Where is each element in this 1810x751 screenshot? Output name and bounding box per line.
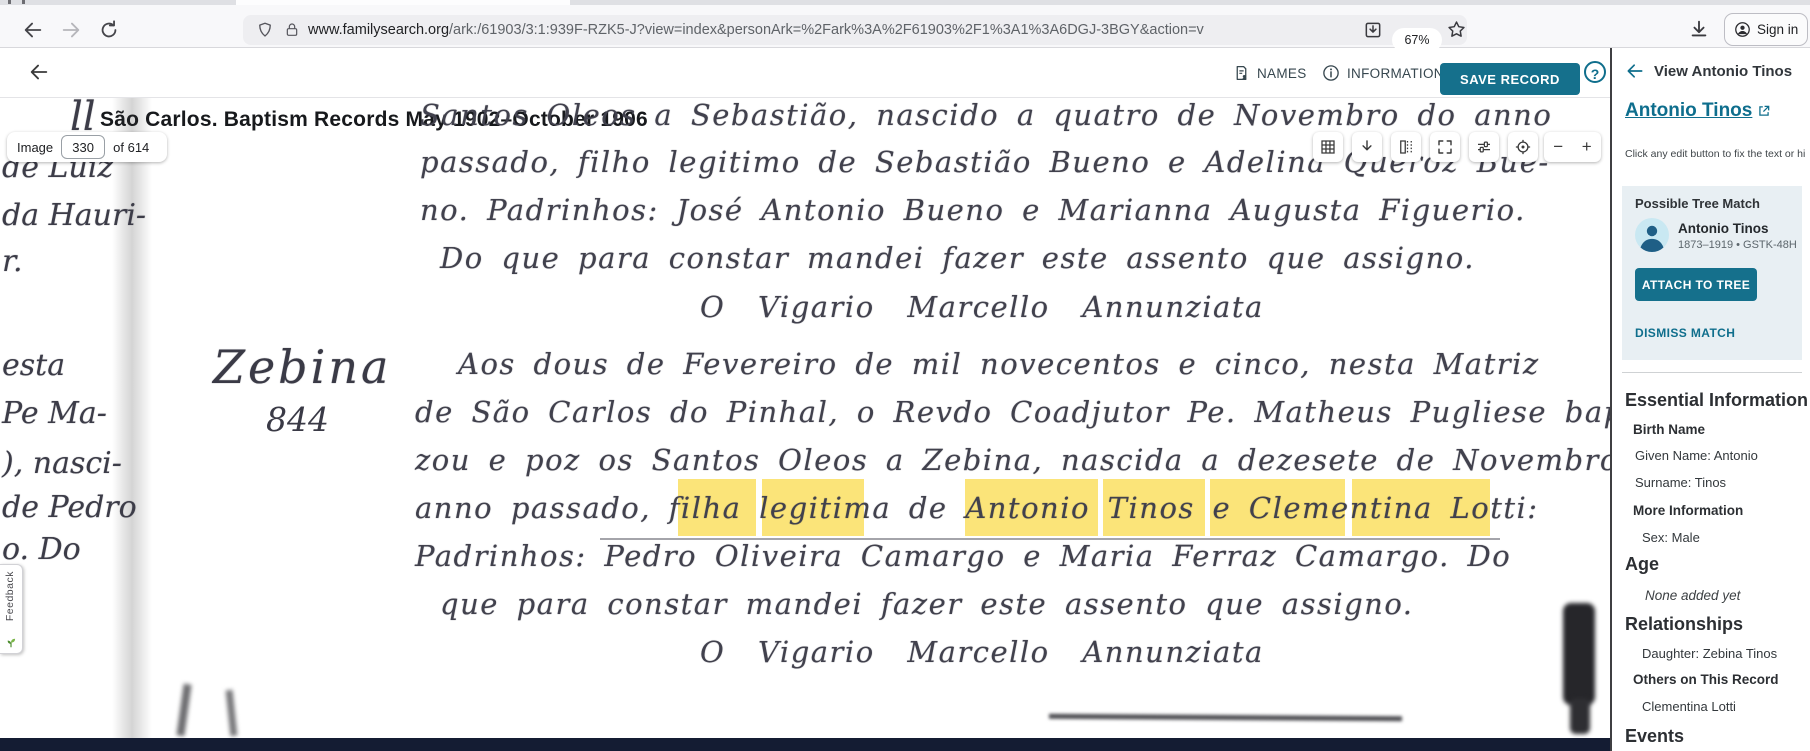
browser-toolbar: www.familysearch.org/ark:/61903/3:1:939F… bbox=[0, 5, 1810, 48]
scan-artifact bbox=[112, 98, 152, 751]
scan-line: Padrinhos: Pedro Oliveira Camargo e Mari… bbox=[415, 539, 1511, 573]
essential-information-heading: Essential Information bbox=[1625, 390, 1808, 411]
age-value: None added yet bbox=[1645, 588, 1740, 603]
image-counter-label: Image bbox=[17, 140, 53, 155]
sliders-icon bbox=[1475, 138, 1493, 156]
tree-match-card: Possible Tree Match Antonio Tinos 1873–1… bbox=[1622, 186, 1802, 360]
fullscreen-icon bbox=[1436, 138, 1454, 156]
familysearch-record-viewer: www.familysearch.org/ark:/61903/3:1:939F… bbox=[0, 0, 1810, 751]
zoom-controls: − + bbox=[1544, 132, 1601, 162]
help-icon[interactable]: ? bbox=[1584, 61, 1606, 83]
lock-icon[interactable] bbox=[284, 22, 300, 38]
scan-line: Aos dous de Fevereiro de mil novecentos … bbox=[458, 347, 1540, 381]
shield-icon[interactable] bbox=[256, 21, 274, 39]
edit-hint-text: Click any edit button to fix the text or… bbox=[1625, 148, 1807, 160]
given-name-value: Given Name: Antonio bbox=[1635, 448, 1758, 463]
image-number-input[interactable] bbox=[61, 135, 105, 159]
scan-line: O Vigario Marcello Annunziata bbox=[700, 290, 1264, 324]
scan-viewport[interactable]: ll de Luiz da Hauri- r. esta Pe Ma- ), n… bbox=[0, 98, 1610, 751]
panel-title: View Antonio Tinos bbox=[1654, 63, 1792, 80]
attach-to-tree-button[interactable]: ATTACH TO TREE bbox=[1635, 268, 1757, 301]
url-bar[interactable]: www.familysearch.org/ark:/61903/3:1:939F… bbox=[243, 15, 1467, 45]
scan-artifact bbox=[226, 690, 238, 736]
save-page-icon[interactable] bbox=[1363, 20, 1383, 40]
scan-fragment: de Pedro bbox=[2, 490, 137, 525]
scan-line: que para constar mandei fazer este assen… bbox=[440, 587, 1414, 621]
scan-line: Santos Oleos a Sebastião, nascido a quat… bbox=[420, 98, 1552, 132]
scan-line: Do que para constar mandei fazer este as… bbox=[440, 241, 1475, 275]
reload-icon[interactable] bbox=[98, 19, 120, 41]
scan-fragment: o. Do bbox=[2, 532, 81, 567]
adjustments-button[interactable] bbox=[1469, 132, 1499, 162]
grid-view-button[interactable] bbox=[1313, 132, 1343, 162]
save-record-button[interactable]: SAVE RECORD bbox=[1440, 63, 1580, 95]
scan-artifact bbox=[1049, 714, 1402, 721]
url-domain: www.familysearch.org bbox=[308, 22, 449, 38]
feedback-label: Feedback bbox=[4, 571, 16, 621]
scan-artifact bbox=[1570, 698, 1590, 734]
tab-strip-mark bbox=[22, 0, 25, 4]
scan-fragment: r. bbox=[2, 244, 23, 279]
age-heading: Age bbox=[1625, 554, 1659, 575]
back-icon[interactable] bbox=[22, 19, 44, 41]
target-icon bbox=[1514, 138, 1532, 156]
download-image-button[interactable] bbox=[1352, 132, 1382, 162]
scan-artifact bbox=[176, 684, 191, 737]
filmstrip-bar bbox=[0, 738, 1610, 751]
daughter-value: Daughter: Zebina Tinos bbox=[1642, 646, 1777, 661]
external-link-icon[interactable] bbox=[1757, 104, 1771, 118]
section-divider bbox=[1622, 372, 1802, 373]
split-pages-icon bbox=[1397, 138, 1415, 156]
split-view-button[interactable] bbox=[1391, 132, 1421, 162]
scan-fragment: da Hauri- bbox=[2, 198, 146, 233]
zoom-in-button[interactable]: + bbox=[1575, 133, 1599, 161]
sign-in-button[interactable]: Sign in bbox=[1724, 13, 1808, 46]
url-text: www.familysearch.org/ark:/61903/3:1:939F… bbox=[308, 22, 1308, 38]
download-icon bbox=[1358, 138, 1376, 156]
scan-line: anno passado, filha legitima de Antonio … bbox=[415, 491, 1539, 525]
scan-line: O Vigario Marcello Annunziata bbox=[700, 635, 1264, 669]
scan-line: de São Carlos do Pinhal, o Revdo Coadjut… bbox=[415, 395, 1610, 429]
fullscreen-button[interactable] bbox=[1430, 132, 1460, 162]
avatar bbox=[1635, 218, 1669, 252]
record-header: São Carlos. Baptism Records May 1902–Oct… bbox=[0, 48, 1610, 98]
image-counter: Image of 614 bbox=[7, 132, 167, 162]
account-icon bbox=[1734, 21, 1751, 38]
zoom-out-button[interactable]: − bbox=[1546, 133, 1570, 161]
forward-icon[interactable] bbox=[60, 19, 82, 41]
others-on-record-label: Others on This Record bbox=[1633, 672, 1779, 687]
scan-fragment: Pe Ma- bbox=[2, 396, 107, 431]
panel-back-icon[interactable] bbox=[1625, 61, 1645, 81]
downloads-icon[interactable] bbox=[1688, 18, 1710, 40]
tab-strip-mark bbox=[8, 0, 11, 4]
person-details-panel: View Antonio Tinos Antonio Tinos Click a… bbox=[1612, 48, 1810, 751]
scan-fragment: esta bbox=[2, 348, 65, 383]
bookmark-star-icon[interactable] bbox=[1446, 19, 1467, 40]
dismiss-match-link[interactable]: DISMISS MATCH bbox=[1635, 326, 1735, 340]
relationships-heading: Relationships bbox=[1625, 614, 1743, 635]
scan-line: no. Padrinhos: José Antonio Bueno e Mari… bbox=[420, 193, 1526, 227]
information-icon bbox=[1322, 64, 1340, 82]
scan-artifact bbox=[1563, 603, 1595, 705]
names-label: NAMES bbox=[1257, 66, 1307, 81]
birth-name-label: Birth Name bbox=[1633, 422, 1705, 437]
information-label: INFORMATION bbox=[1347, 66, 1444, 81]
scan-fragment: ), nasci- bbox=[2, 446, 122, 481]
feedback-tab[interactable]: Feedback bbox=[0, 564, 23, 654]
grid-icon bbox=[1319, 138, 1337, 156]
tree-match-name: Antonio Tinos bbox=[1678, 221, 1769, 236]
sex-value: Sex: Male bbox=[1642, 530, 1700, 545]
url-fade bbox=[1290, 15, 1356, 43]
person-link[interactable]: Antonio Tinos bbox=[1625, 100, 1752, 122]
sign-in-label: Sign in bbox=[1757, 22, 1798, 37]
url-path: /ark:/61903/3:1:939F-RZK5-J?view=index&p… bbox=[449, 22, 1204, 38]
events-heading: Events bbox=[1625, 726, 1684, 747]
names-button[interactable]: NAMES bbox=[1233, 64, 1307, 82]
other-person-value: Clementina Lotti bbox=[1642, 699, 1736, 714]
scan-margin-number: 844 bbox=[266, 400, 329, 439]
header-back-icon[interactable] bbox=[28, 61, 50, 83]
scan-margin-name: Zebina bbox=[213, 340, 391, 394]
image-total-label: of 614 bbox=[113, 140, 149, 155]
names-doc-icon bbox=[1233, 64, 1250, 82]
scan-line: zou e poz os Santos Oleos a Zebina, nasc… bbox=[415, 443, 1610, 477]
tree-match-title: Possible Tree Match bbox=[1635, 196, 1760, 211]
surname-value: Surname: Tinos bbox=[1635, 475, 1726, 490]
locate-highlight-button[interactable] bbox=[1508, 132, 1538, 162]
tree-match-lifespan: 1873–1919 • GSTK-48H bbox=[1678, 239, 1797, 251]
information-button[interactable]: INFORMATION bbox=[1322, 64, 1444, 82]
sprout-icon bbox=[4, 635, 18, 649]
more-information-label: More Information bbox=[1633, 503, 1743, 518]
